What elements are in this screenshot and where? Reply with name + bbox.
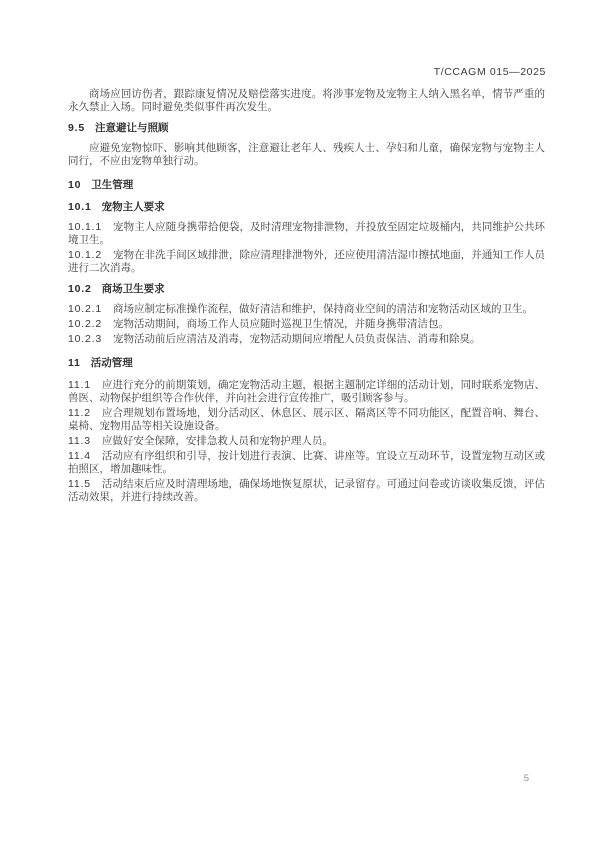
section-number: 11 — [68, 357, 81, 369]
section-number: 10.1.1 — [68, 221, 102, 233]
section-heading: 10.2商场卫生要求 — [68, 283, 545, 296]
section-number: 10.2.1 — [68, 303, 102, 315]
clause-paragraph: 10.2.3宠物活动前后应清洁及消毒，宠物活动期间应增配人员负责保洁、消毒和除臭… — [68, 333, 545, 346]
clause-paragraph: 10.2.1商场应制定标准操作流程，做好清洁和维护，保持商业空间的清洁和宠物活动… — [68, 303, 545, 316]
section-heading: 10卫生管理 — [68, 179, 545, 192]
section-number: 10.1 — [68, 201, 92, 213]
section-number: 11.3 — [68, 435, 91, 447]
section-number: 11.2 — [68, 407, 91, 419]
document-page: T/CCAGM 015—2025 商场应回访伤者，跟踪康复情况及赔偿落实进度。将… — [0, 0, 600, 843]
clause-paragraph: 10.1.1宠物主人应随身携带拾便袋，及时清理宠物排泄物，并投放至固定垃圾桶内，… — [68, 221, 545, 247]
clause-paragraph: 11.2应合理规划布置场地，划分活动区、休息区、展示区、隔离区等不同功能区，配置… — [68, 407, 545, 433]
clause-paragraph: 11.5活动结束后应及时清理场地，确保场地恢复原状，记录留存。可通过问卷或访谈收… — [68, 478, 545, 504]
section-number: 10 — [68, 179, 81, 191]
section-number: 10.1.2 — [68, 249, 102, 261]
body-paragraph: 应避免宠物惊吓、影响其他顾客，注意避让老年人、残疾人士、孕妇和儿童，确保宠物与宠… — [68, 142, 545, 168]
page-number: 5 — [524, 773, 529, 784]
section-number: 11.5 — [68, 478, 91, 490]
section-number: 10.2.3 — [68, 333, 102, 345]
clause-paragraph: 11.3应做好安全保障，安排急救人员和宠物护理人员。 — [68, 435, 545, 448]
body-paragraph: 商场应回访伤者，跟踪康复情况及赔偿落实进度。将涉事宠物及宠物主人纳入黑名单，情节… — [68, 88, 545, 114]
section-number: 10.2.2 — [68, 318, 102, 330]
section-heading: 11活动管理 — [68, 357, 545, 370]
section-heading: 10.1宠物主人要求 — [68, 201, 545, 214]
clause-paragraph: 11.4活动应有序组织和引导，按计划进行表演、比赛、讲座等。宜设立互动环节，设置… — [68, 450, 545, 476]
clause-paragraph: 10.1.2宠物在非洗手间区域排泄，除应清理排泄物外，还应使用清洁湿巾擦拭地面，… — [68, 249, 545, 275]
section-number: 9.5 — [68, 122, 85, 134]
section-number: 10.2 — [68, 283, 92, 295]
document-content: 商场应回访伤者，跟踪康复情况及赔偿落实进度。将涉事宠物及宠物主人纳入黑名单，情节… — [68, 88, 545, 506]
clause-paragraph: 11.1应进行充分的前期策划，确定宠物活动主题，根据主题制定详细的活动计划，同时… — [68, 379, 545, 405]
section-number: 11.1 — [68, 379, 91, 391]
section-number: 11.4 — [68, 450, 91, 462]
standard-code-header: T/CCAGM 015—2025 — [434, 66, 546, 78]
clause-paragraph: 10.2.2宠物活动期间，商场工作人员应随时巡视卫生情况，并随身携带清洁包。 — [68, 318, 545, 331]
section-heading: 9.5注意避让与照顾 — [68, 122, 545, 135]
